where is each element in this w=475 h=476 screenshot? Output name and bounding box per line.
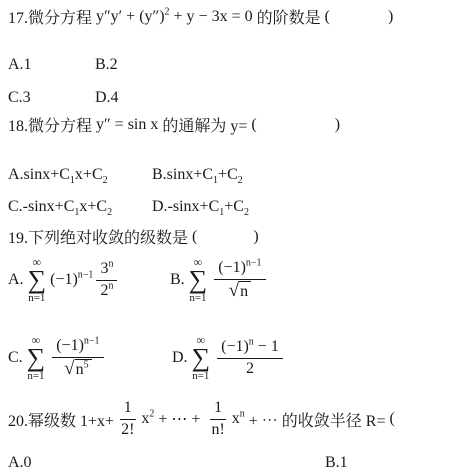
q20-option-a: A.0 [8, 454, 325, 472]
q18-paren-close: ) [335, 116, 340, 134]
q20-stem: 20.幂级数 1+x+ 1 2! x2 + ⋯ + 1 n! xn + ⋯ 的收… [8, 394, 475, 444]
q17-option-c: C.3 [8, 89, 95, 107]
q17-options-row-2: C.3 D.4 [8, 89, 119, 107]
q19-paren-close: ) [253, 228, 258, 246]
q18-formula: y″ = sin x [96, 116, 158, 134]
q20-number-text: 20.幂级数 1+x+ [8, 408, 114, 431]
radical-icon: √ [229, 281, 239, 300]
q19-stem-text: 19.下列绝对收敛的级数是 [8, 225, 192, 248]
fraction-denominator: 2n [96, 281, 117, 301]
q19-option-a-label: A. [8, 271, 24, 289]
q19-stem: 19.下列绝对收敛的级数是 ( ) [8, 225, 259, 248]
summation-symbol: ∞ ∑ n=1 [27, 334, 46, 382]
q17-options-row-1: A.1 B.2 [8, 56, 118, 74]
q17-option-d: D.4 [95, 89, 119, 107]
radical-icon: √ [64, 359, 74, 378]
q18-options-row-2: C.-sinx+C1x+C2 D.-sinx+C1+C2 [8, 198, 249, 216]
q17-option-b: B.2 [95, 56, 118, 74]
q20-term-x2: x2 [141, 410, 154, 428]
q18-number-text: 18.微分方程 [8, 113, 96, 136]
q19-option-a-term: (−1)n−1 [50, 271, 93, 289]
fraction-numerator: 1 [120, 398, 136, 419]
q19-option-b-label: B. [170, 271, 185, 289]
fraction-denominator: √n [225, 280, 255, 302]
lower-limit: n=1 [189, 293, 206, 304]
fraction: 3n 2n [96, 259, 117, 301]
q17-stem-suffix: 的阶数是 [253, 5, 325, 28]
q18-option-b: B.sinx+C1+C2 [152, 166, 243, 184]
fraction-numerator: 1 [210, 398, 226, 419]
q20-option-b: B.1 [325, 454, 348, 472]
q17-number-text: 17.微分方程 [8, 5, 96, 28]
q19-options-row-1: A. ∞ ∑ n=1 (−1)n−1 3n 2n B. ∞ ∑ n=1 (−1)… [8, 248, 269, 312]
q19-option-a: A. ∞ ∑ n=1 (−1)n−1 3n 2n [8, 256, 170, 304]
fraction-numerator: (−1)n−1 [52, 336, 103, 357]
fraction: (−1)n−1 √n [214, 258, 265, 302]
q19-option-d: D. ∞ ∑ n=1 (−1)n − 1 2 [172, 334, 286, 382]
q20-options-row-1: A.0 B.1 [8, 454, 348, 472]
q20-ellipsis-mid: + ⋯ + [154, 409, 204, 429]
q20-paren-open: ( [390, 410, 395, 428]
square-root: √n [229, 281, 251, 301]
sigma-icon: ∑ [27, 347, 46, 369]
lower-limit: n=1 [28, 293, 45, 304]
q18-option-d: D.-sinx+C1+C2 [152, 198, 249, 216]
summation-symbol: ∞ ∑ n=1 [192, 334, 211, 382]
fraction-denominator: √n5 [60, 358, 95, 380]
fraction: (−1)n−1 √n5 [52, 336, 103, 380]
q18-option-a: A.sinx+C1x+C2 [8, 166, 152, 184]
fraction-numerator: 3n [96, 259, 117, 280]
q19-option-c: C. ∞ ∑ n=1 (−1)n−1 √n5 [8, 334, 172, 382]
q20-stem-suffix: + ⋯ 的收敛半径 R= [245, 408, 390, 431]
fraction-numerator: (−1)n−1 [214, 258, 265, 279]
q17-paren-open: ( [325, 8, 330, 26]
fraction-denominator: 2! [117, 420, 138, 440]
q18-options-row-1: A.sinx+C1x+C2 B.sinx+C1+C2 [8, 166, 243, 184]
summation-symbol: ∞ ∑ n=1 [189, 256, 208, 304]
sigma-icon: ∑ [192, 347, 211, 369]
q18-option-c: C.-sinx+C1x+C2 [8, 198, 152, 216]
exam-page: 17.微分方程 y″y′ + (y″)2 + y − 3x = 0 的阶数是 (… [0, 0, 475, 476]
fraction-denominator: n! [207, 420, 228, 440]
q19-option-b: B. ∞ ∑ n=1 (−1)n−1 √n [170, 256, 269, 304]
fraction: 1 2! [117, 398, 138, 440]
q19-options-row-2: C. ∞ ∑ n=1 (−1)n−1 √n5 D. ∞ ∑ n=1 (−1)n … [8, 326, 286, 390]
fraction-numerator: (−1)n − 1 [217, 337, 283, 358]
q17-stem: 17.微分方程 y″y′ + (y″)2 + y − 3x = 0 的阶数是 (… [8, 5, 393, 28]
q20-term-xn: xn [232, 410, 245, 428]
q19-paren-open: ( [192, 228, 197, 246]
q18-paren-open: ( [251, 116, 256, 134]
q17-option-a: A.1 [8, 56, 95, 74]
q18-stem-suffix: 的通解为 y= [158, 113, 251, 136]
q17-formula: y″y′ + (y″)2 + y − 3x = 0 [96, 8, 253, 26]
summation-symbol: ∞ ∑ n=1 [28, 256, 47, 304]
sigma-icon: ∑ [28, 269, 47, 291]
q19-option-d-label: D. [172, 349, 188, 367]
q19-option-c-label: C. [8, 349, 23, 367]
fraction: 1 n! [207, 398, 228, 440]
q18-stem: 18.微分方程 y″ = sin x 的通解为 y= ( ) [8, 113, 340, 136]
lower-limit: n=1 [27, 371, 44, 382]
fraction: (−1)n − 1 2 [217, 337, 283, 379]
lower-limit: n=1 [192, 371, 209, 382]
sigma-icon: ∑ [189, 269, 208, 291]
fraction-denominator: 2 [242, 359, 258, 379]
square-root: √n5 [64, 359, 91, 379]
q17-paren-close: ) [388, 8, 393, 26]
